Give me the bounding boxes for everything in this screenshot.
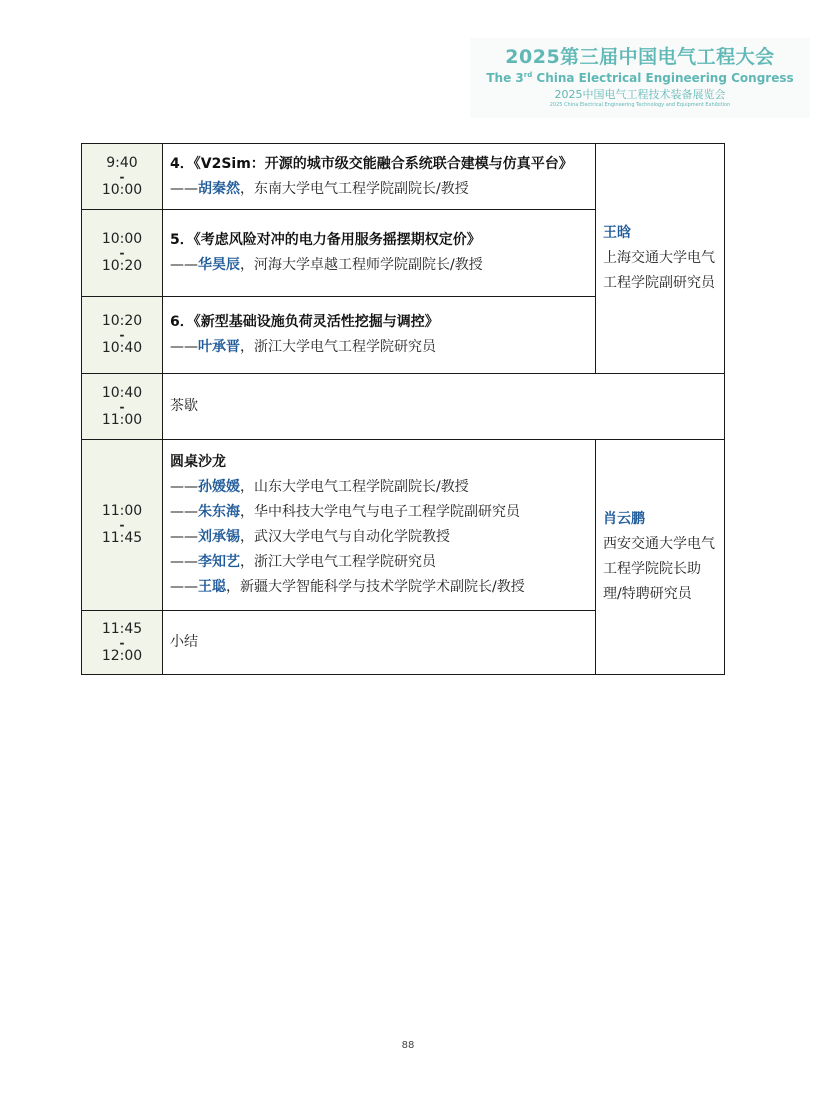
talk-cell: 5．《考虑风险对冲的电力备用服务摇摆期权定价》 ——华昊辰，河海大学卓越工程师学… — [163, 210, 596, 297]
time-cell: 9:40 - 10:00 — [82, 144, 163, 210]
talk-title: 6．《新型基础设施负荷灵活性挖掘与调控》 — [170, 310, 588, 335]
time-cell: 10:20 - 10:40 — [82, 297, 163, 374]
table-row: 10:40 - 11:00 茶歇 — [82, 374, 725, 440]
summary-label: 小结 — [170, 634, 198, 650]
panelist-name: 王聪 — [198, 579, 226, 595]
chair-cell: 肖云鹏 西安交通大学电气工程学院院长助理/特聘研究员 — [596, 440, 725, 675]
page-number: 88 — [0, 1040, 816, 1051]
talk-title: 5．《考虑风险对冲的电力备用服务摇摆期权定价》 — [170, 228, 588, 253]
chair-affiliation: 西安交通大学电气工程学院院长助理/特聘研究员 — [603, 536, 715, 602]
chair-cell: 王晗 上海交通大学电气工程学院副研究员 — [596, 144, 725, 374]
speaker-line: ——胡秦然，东南大学电气工程学院副院长/教授 — [170, 177, 588, 202]
panelist-line: ——王聪，新疆大学智能科学与技术学院学术副院长/教授 — [170, 575, 588, 600]
panelist-name: 刘承锡 — [198, 529, 240, 545]
panelist-line: ——李知艺，浙江大学电气工程学院研究员 — [170, 550, 588, 575]
time-cell: 10:40 - 11:00 — [82, 374, 163, 440]
time-cell: 10:00 - 10:20 — [82, 210, 163, 297]
talk-cell: 4．《V2Sim：开源的城市级交能融合系统联合建模与仿真平台》 ——胡秦然，东南… — [163, 144, 596, 210]
tea-break-label: 茶歇 — [170, 398, 198, 414]
talk-title: 4．《V2Sim：开源的城市级交能融合系统联合建模与仿真平台》 — [170, 152, 588, 177]
panelist-name: 李知艺 — [198, 554, 240, 570]
speaker-name: 华昊辰 — [198, 257, 240, 273]
table-row: 9:40 - 10:00 4．《V2Sim：开源的城市级交能融合系统联合建模与仿… — [82, 144, 725, 210]
panelist-line: ——孙媛媛，山东大学电气工程学院副院长/教授 — [170, 475, 588, 500]
logo-exhibition-cn: 2025中国电气工程技术装备展览会 — [470, 87, 810, 102]
panelist-name: 孙媛媛 — [198, 479, 240, 495]
chair-affiliation: 上海交通大学电气工程学院副研究员 — [603, 250, 715, 291]
logo-exhibition-en: 2025 China Electrical Engineering Techno… — [470, 102, 810, 109]
chair-name: 肖云鹏 — [603, 507, 717, 532]
logo-title-en: The 3rd China Electrical Engineering Con… — [470, 68, 810, 85]
speaker-name: 胡秦然 — [198, 181, 240, 197]
panelist-name: 朱东海 — [198, 504, 240, 520]
roundtable-title: 圆桌沙龙 — [170, 450, 588, 475]
schedule-table: 9:40 - 10:00 4．《V2Sim：开源的城市级交能融合系统联合建模与仿… — [81, 143, 725, 675]
chair-name: 王晗 — [603, 221, 717, 246]
logo-title-cn: 2025第三届中国电气工程大会 — [470, 46, 810, 68]
congress-logo: 2025第三届中国电气工程大会 The 3rd China Electrical… — [470, 38, 810, 118]
speaker-line: ——华昊辰，河海大学卓越工程师学院副院长/教授 — [170, 253, 588, 278]
time-cell: 11:00 - 11:45 — [82, 440, 163, 611]
roundtable-cell: 圆桌沙龙 ——孙媛媛，山东大学电气工程学院副院长/教授 ——朱东海，华中科技大学… — [163, 440, 596, 611]
speaker-name: 叶承晋 — [198, 339, 240, 355]
panelist-line: ——朱东海，华中科技大学电气与电子工程学院副研究员 — [170, 500, 588, 525]
time-cell: 11:45 - 12:00 — [82, 611, 163, 675]
speaker-line: ——叶承晋，浙江大学电气工程学院研究员 — [170, 335, 588, 360]
break-cell: 茶歇 — [163, 374, 725, 440]
table-row: 11:00 - 11:45 圆桌沙龙 ——孙媛媛，山东大学电气工程学院副院长/教… — [82, 440, 725, 611]
summary-cell: 小结 — [163, 611, 596, 675]
panelist-line: ——刘承锡，武汉大学电气与自动化学院教授 — [170, 525, 588, 550]
talk-cell: 6．《新型基础设施负荷灵活性挖掘与调控》 ——叶承晋，浙江大学电气工程学院研究员 — [163, 297, 596, 374]
